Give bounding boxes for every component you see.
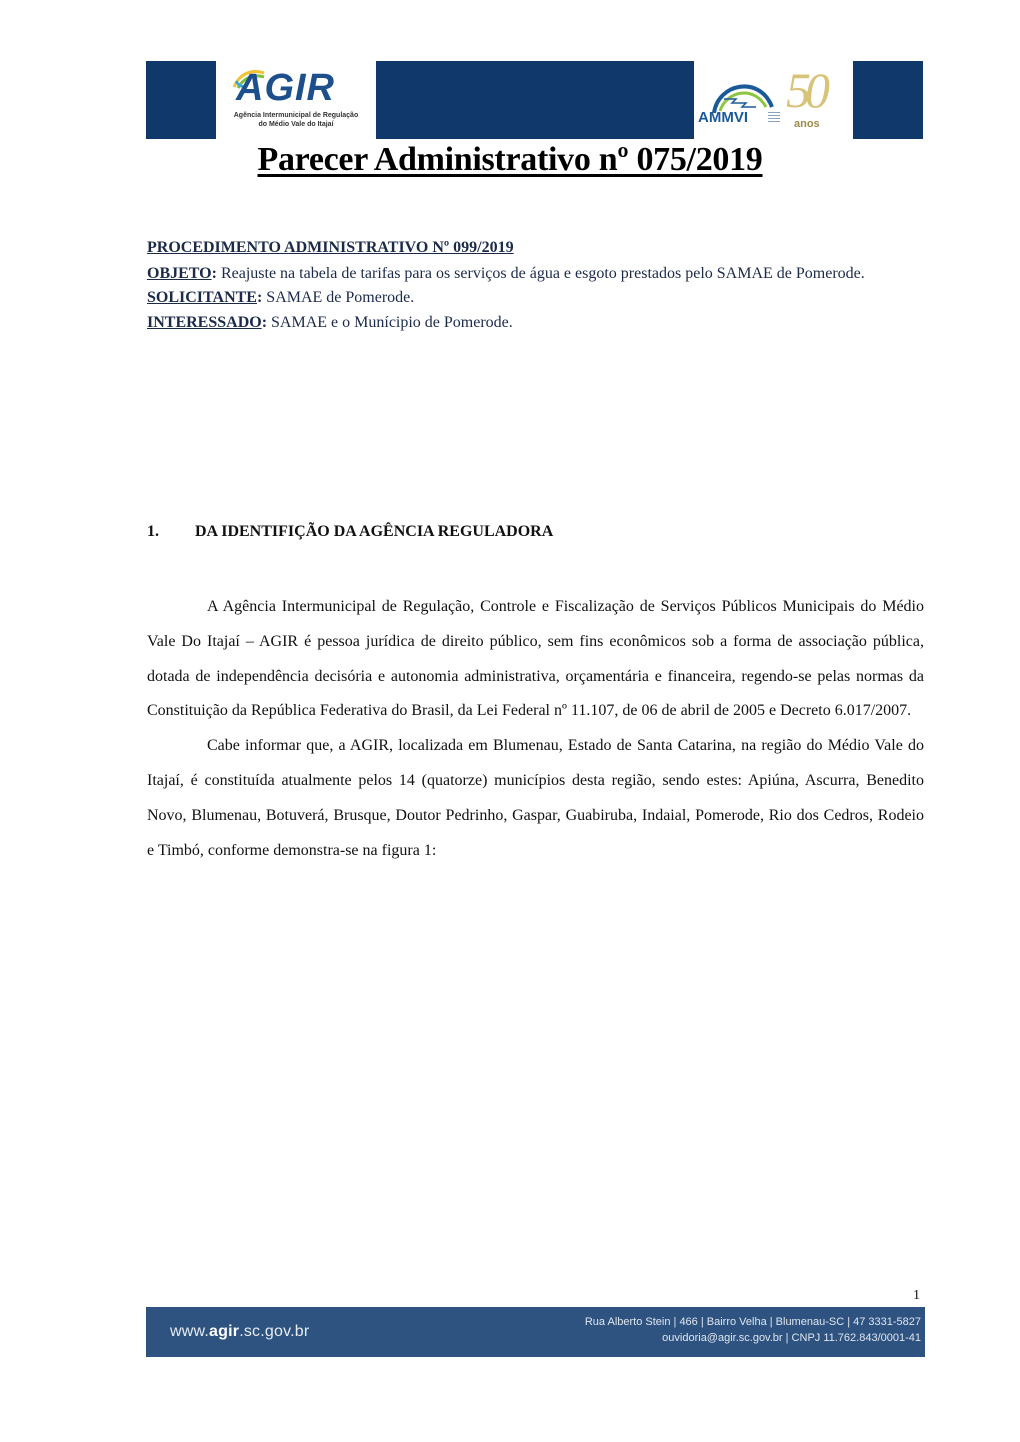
header-banner: AGIR Agência Intermunicipal de Regulação… <box>146 61 923 139</box>
body-text: A Agência Intermunicipal de Regulação, C… <box>147 590 924 868</box>
agir-subtitle: Agência Intermunicipal de Regulação do M… <box>218 111 374 129</box>
agir-logo: AGIR Agência Intermunicipal de Regulação… <box>218 61 374 139</box>
paragraph: Cabe informar que, a AGIR, localizada em… <box>147 729 924 868</box>
field-value: SAMAE e o Munícipio de Pomerode. <box>271 314 513 331</box>
footer-website-link[interactable]: www.agir.sc.gov.br <box>170 1323 309 1341</box>
url-bold: agir <box>209 1323 239 1340</box>
section-number: 1. <box>147 522 195 542</box>
anniversary-number: 50 <box>786 65 824 115</box>
field-value: SAMAE de Pomerode. <box>266 289 414 306</box>
field-value: Reajuste na tabela de tarifas para os se… <box>221 265 865 282</box>
paragraph: A Agência Intermunicipal de Regulação, C… <box>147 590 924 729</box>
header-blue-block-middle <box>376 61 694 139</box>
footer-email-cnpj-line: ouvidoria@agir.sc.gov.br | CNPJ 11.762.8… <box>585 1330 921 1346</box>
procedure-number: PROCEDIMENTO ADMINISTRATIVO Nº 099/2019 <box>147 236 924 261</box>
agir-wordmark: AGIR <box>236 69 335 107</box>
field-label: OBJETO <box>147 265 212 282</box>
document-title: Parecer Administrativo nº 075/2019 <box>0 138 1020 182</box>
document-title-text: Parecer Administrativo nº 075/2019 <box>258 141 763 178</box>
header-blue-block-left <box>146 61 216 139</box>
page-number: 1 <box>880 1288 920 1304</box>
ammvi-wordmark: AMMVI <box>698 109 748 126</box>
agir-subtitle-line-1: Agência Intermunicipal de Regulação <box>218 111 374 120</box>
section-heading: 1.DA IDENTIFIÇÃO DA AGÊNCIA REGULADORA <box>147 522 553 542</box>
url-suffix: .sc.gov.br <box>239 1323 309 1340</box>
footer-contact: Rua Alberto Stein | 466 | Bairro Velha |… <box>585 1314 921 1346</box>
field-interessado: INTERESSADO: SAMAE e o Munícipio de Pome… <box>147 311 924 336</box>
field-label: SOLICITANTE <box>147 289 257 306</box>
header-blue-block-right <box>853 61 923 139</box>
footer-address-line: Rua Alberto Stein | 466 | Bairro Velha |… <box>585 1314 921 1330</box>
url-prefix: www. <box>170 1323 209 1340</box>
ammvi-tagline-lines <box>768 112 780 124</box>
procedure-meta: PROCEDIMENTO ADMINISTRATIVO Nº 099/2019 … <box>147 236 924 335</box>
anniversary-word: anos <box>794 118 820 130</box>
field-label: INTERESSADO <box>147 314 262 331</box>
agir-subtitle-line-2: do Médio Vale do Itajaí <box>218 120 374 129</box>
section-title: DA IDENTIFIÇÃO DA AGÊNCIA REGULADORA <box>195 523 553 540</box>
field-objeto: OBJETO: Reajuste na tabela de tarifas pa… <box>147 262 924 287</box>
footer-bar: www.agir.sc.gov.br Rua Alberto Stein | 4… <box>146 1307 925 1357</box>
ammvi-logo: AMMVI 50 anos <box>696 61 852 139</box>
field-solicitante: SOLICITANTE: SAMAE de Pomerode. <box>147 286 924 311</box>
